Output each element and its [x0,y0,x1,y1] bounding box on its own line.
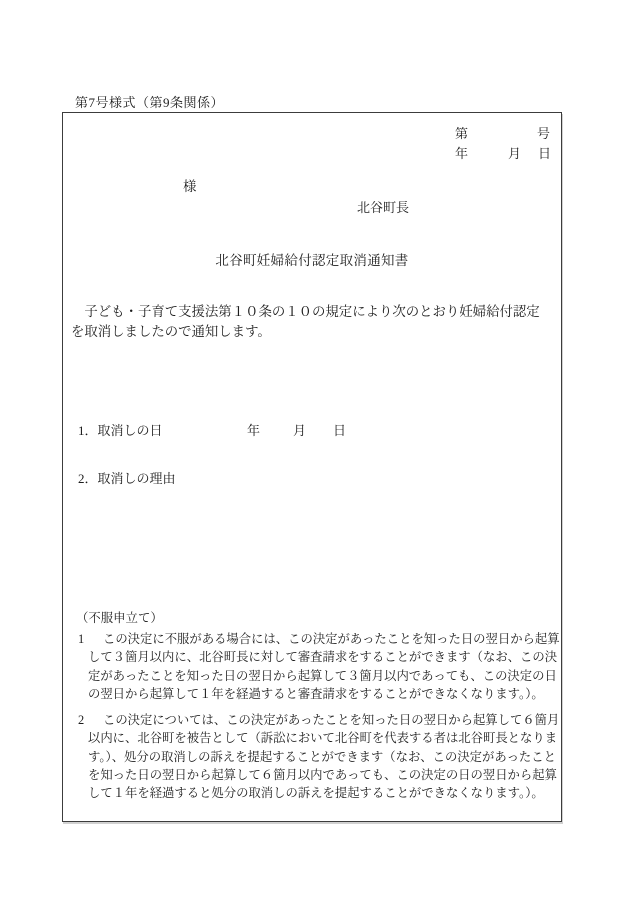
appeal-clause-1: 1 この決定に不服がある場合には、この決定があったことを知った日の翌日から起算し… [78,630,562,703]
issue-date-day-label: 日 [538,147,551,161]
cancellation-date-day-label: 日 [333,424,346,438]
sender-title-label: 北谷町長 [357,201,409,215]
appeal-clause-2-number: 2 [78,711,84,729]
appeal-clause-2: 2 この決定については、この決定があったことを知った日の翌日から起算して６箇月以… [78,711,562,802]
form-number-label: 第7号様式（第9条関係） [75,92,224,111]
item-cancellation-reason-label: 2．取消しの理由 [78,472,176,486]
ref-number-prefix-label: 第 [455,127,468,141]
appeal-clause-2-text: この決定については、この決定があったことを知った日の翌日から起算して６箇月以内に… [88,711,562,802]
document-title: 北谷町妊婦給付認定取消通知書 [62,249,562,269]
appeal-clause-1-number: 1 [78,630,84,648]
issue-date-year-label: 年 [455,147,468,161]
cancellation-date-month-label: 月 [293,424,306,438]
addressee-honorific-label: 様 [183,180,196,195]
body-paragraph: 子ども・子育て支援法第１０条の１０の規定により次のとおり妊婦給付認定を取消しまし… [71,302,549,342]
appeal-clause-1-text: この決定に不服がある場合には、この決定があったことを知った日の翌日から起算して３… [88,630,562,703]
issue-date-month-label: 月 [508,147,521,161]
item-cancellation-date-label: 1．取消しの日 [78,424,163,438]
notification-document-page: 第7号様式（第9条関係） 第 号 年 月 日 様 北谷町長 北谷町妊婦給付認定取… [0,0,630,903]
ref-number-suffix-label: 号 [537,127,550,141]
cancellation-date-year-label: 年 [247,424,260,438]
appeal-section-heading: （不服申立て） [76,612,163,626]
